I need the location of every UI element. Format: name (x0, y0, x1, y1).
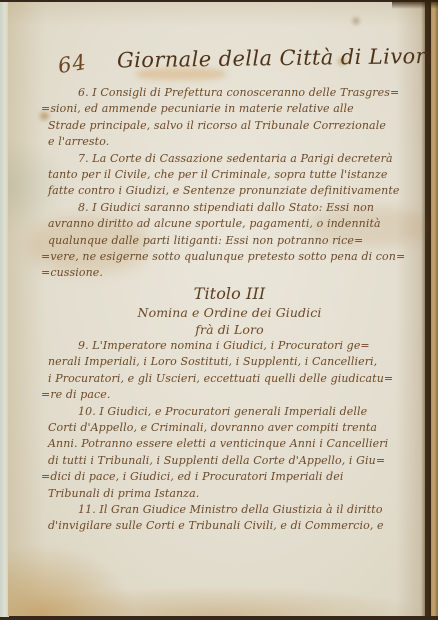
ink-stain (353, 18, 359, 24)
text-line: di tutti i Tribunali, i Supplenti della … (48, 453, 411, 469)
page-content: 64 Giornale della Città di Livorno 6. I … (48, 44, 411, 535)
text-line: =cussione. (41, 265, 411, 281)
text-line: d'invigilare sulle Corti e Tribunali Civ… (48, 518, 411, 534)
section-subheading-line1: Nomina e Ordine dei Giudici (48, 304, 411, 321)
article-6: 6. I Consigli di Prefettura conosceranno… (48, 85, 411, 151)
text-line: Anni. Potranno essere eletti a venticinq… (48, 436, 411, 452)
article-10: 10. I Giudici, e Procuratori generali Im… (48, 404, 411, 502)
text-line: i Procuratori, e gli Uscieri, eccettuati… (48, 371, 411, 387)
text-line: fatte contro i Giudizi, e Sentenze pronu… (48, 183, 411, 199)
text-line: 11. Il Gran Giudice Ministro della Giust… (48, 502, 411, 518)
text-line: 9. L'Imperatore nomina i Giudici, i Proc… (48, 338, 411, 354)
text-line: =dici di pace, i Giudici, ed i Procurato… (41, 469, 411, 485)
text-line: qualunque dalle parti litiganti: Essi no… (48, 233, 411, 249)
text-line: =vere, ne esigerne sotto qualunque prete… (41, 249, 411, 265)
text-line: nerali Imperiali, i Loro Sostituti, i Su… (48, 354, 411, 370)
manuscript-page: 64 Giornale della Città di Livorno 6. I … (8, 2, 425, 616)
article-11: 11. Il Gran Giudice Ministro della Giust… (48, 502, 411, 535)
text-line: 7. La Corte di Cassazione sedentaria a P… (48, 151, 411, 167)
text-line: e l'arresto. (48, 134, 411, 150)
page-title: Giornale della Città di Livorno (117, 44, 438, 73)
text-line: 6. I Consigli di Prefettura conosceranno… (48, 85, 411, 101)
text-line: 8. I Giudici saranno stipendiati dallo S… (48, 200, 411, 216)
text-line: 10. I Giudici, e Procuratori generali Im… (48, 404, 411, 420)
manuscript-body: 6. I Consigli di Prefettura conosceranno… (48, 85, 411, 535)
manuscript-scan: 64 Giornale della Città di Livorno 6. I … (0, 0, 438, 620)
text-line: avranno diritto ad alcune sportule, paga… (48, 216, 411, 232)
article-9: 9. L'Imperatore nomina i Giudici, i Proc… (48, 338, 411, 404)
text-line: tanto per il Civile, che per il Criminal… (48, 167, 411, 183)
binding-gutter-shadow (421, 2, 431, 616)
text-line: Strade principale, salvo il ricorso al T… (48, 118, 411, 134)
section-heading-titolo-iii: Titolo III (48, 284, 411, 304)
text-line: Corti d'Appello, e Criminali, dovranno a… (48, 420, 411, 436)
text-line: =re di pace. (41, 387, 411, 403)
text-line: Tribunali di prima Istanza. (48, 486, 411, 502)
page-edge-right (431, 2, 438, 616)
page-number: 64 (56, 50, 88, 78)
cover-edge-top-right (392, 0, 438, 9)
section-subheading-line2: frà di Loro (48, 321, 411, 338)
article-8: 8. I Giudici saranno stipendiati dallo S… (48, 200, 411, 282)
article-7: 7. La Corte di Cassazione sedentaria a P… (48, 151, 411, 200)
page-header: 64 Giornale della Città di Livorno (48, 44, 411, 76)
text-line: =sioni, ed ammende pecuniarie in materie… (41, 101, 411, 117)
